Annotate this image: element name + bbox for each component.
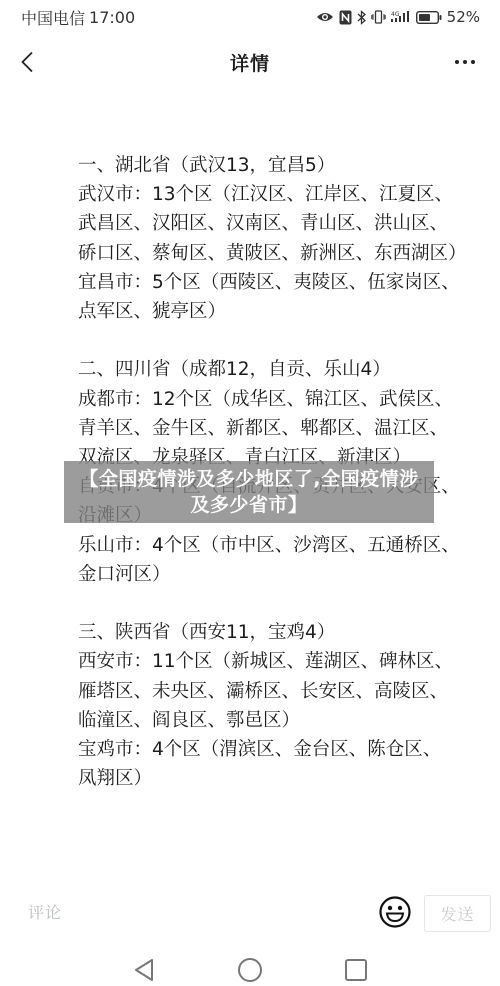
back-button[interactable] [12,46,42,78]
paragraph-line: 西安市：11个区（新城区、莲湖区、碑林区、 [78,647,478,676]
status-left: 中国电信 17:00 [21,6,135,29]
paragraph-line: 成都市：12个区（成华区、锦江区、武侯区、 [78,385,478,414]
square-recents-icon [344,958,368,982]
more-dot-icon [471,60,475,64]
carrier-name: 中国电信 [21,6,85,29]
section-hubei: 一、湖北省（武汉13，宜昌5） 武汉市：13个区（江汉区、江岸区、江夏区、 武昌… [78,151,478,326]
paragraph-line: 金口河区） [78,560,478,589]
paragraph-line: 雁塔区、未央区、灞桥区、长安区、高陵区、 [78,677,478,706]
emoji-smile-icon [378,895,412,929]
section-heading: 三、陕西省（西安11，宝鸡4） [78,618,478,647]
paragraph-line: 武昌区、汉阳区、汉南区、青山区、洪山区、 [78,209,478,238]
signal-4g-icon: 4G [391,10,411,24]
paragraph-line: 宜昌市：5个区（西陵区、夷陵区、伍家岗区、 [78,268,478,297]
section-heading: 一、湖北省（武汉13，宜昌5） [78,151,478,180]
send-button[interactable]: 发送 [424,895,491,932]
triangle-back-icon [133,958,155,982]
clock: 17:00 [89,8,135,27]
circle-home-icon [237,957,263,983]
more-dot-icon [463,60,467,64]
paragraph-line: 硚口区、蔡甸区、黄陂区、新洲区、东西湖区） [78,239,478,268]
nav-bar: 详情 [0,40,500,84]
page-title: 详情 [230,49,270,76]
system-back-button[interactable] [130,956,158,984]
paragraph-line: 凤翔区） [78,764,478,793]
more-dot-icon [455,60,459,64]
paragraph-line: 青羊区、金牛区、新都区、郫都区、温江区、 [78,414,478,443]
paragraph-line: 点军区、猇亭区） [78,297,478,326]
comment-input[interactable]: 评论 [28,900,62,923]
title-overlay-banner: 【全国疫情涉及多少地区了,全国疫情涉及多少省市】 [64,461,434,523]
paragraph-line: 临潼区、阎良区、鄠邑区） [78,706,478,735]
more-button[interactable] [450,48,480,76]
eye-icon [316,11,334,23]
system-home-button[interactable] [236,956,264,984]
vibrate-icon [371,10,386,24]
battery-percent: 52% [447,8,480,26]
nfc-icon [339,10,352,25]
system-nav-bar [0,952,500,986]
paragraph-line: 武汉市：13个区（江汉区、江岸区、江夏区、 [78,180,478,209]
status-right: 4G 52% [316,8,480,26]
status-bar: 中国电信 17:00 4G 52% [0,0,500,34]
section-shaanxi: 三、陕西省（西安11，宝鸡4） 西安市：11个区（新城区、莲湖区、碑林区、 雁塔… [78,618,478,793]
section-heading: 二、四川省（成都12，自贡、乐山4） [78,355,478,384]
svg-text:4G: 4G [391,11,400,18]
paragraph-line: 宝鸡市：4个区（渭滨区、金台区、陈仓区、 [78,735,478,764]
chevron-left-icon [20,51,34,73]
system-recents-button[interactable] [342,956,370,984]
paragraph-line: 乐山市：4个区（市中区、沙湾区、五通桥区、 [78,531,478,560]
comment-bar: 评论 发送 [0,890,500,936]
battery-icon [416,11,442,24]
overlay-title: 【全国疫情涉及多少地区了,全国疫情涉及多少省市】 [70,466,428,518]
bluetooth-icon [357,10,366,25]
emoji-button[interactable] [378,895,412,929]
